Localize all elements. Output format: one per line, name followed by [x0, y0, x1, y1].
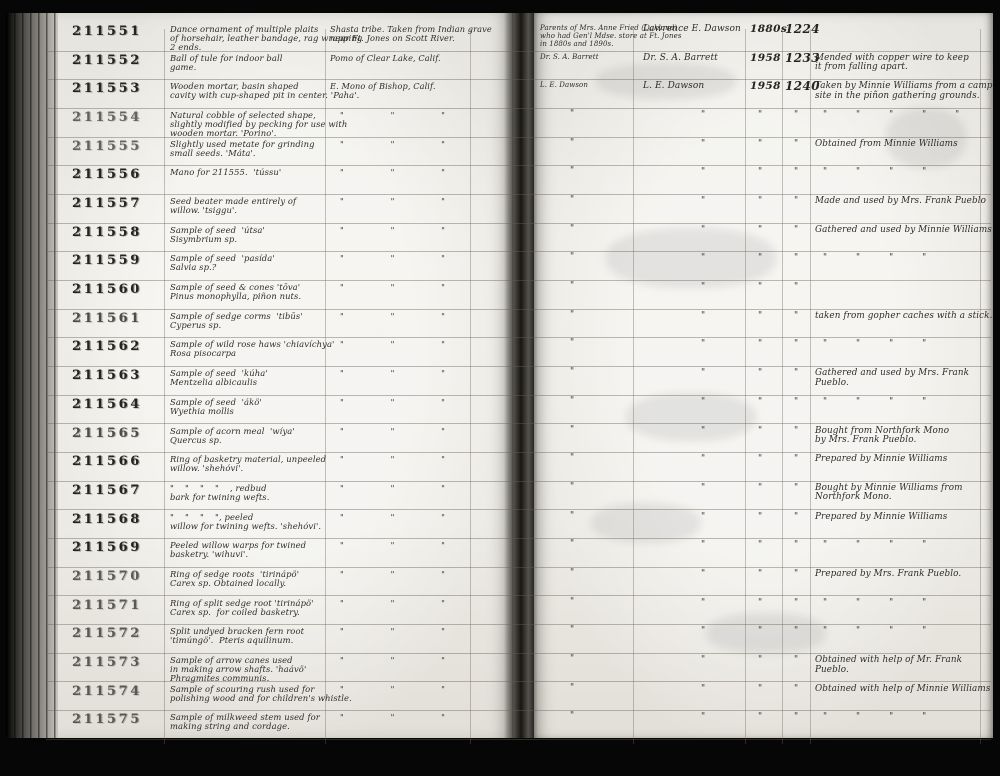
- ruled-line: [46, 280, 991, 281]
- remarks-cell: " " " ": [815, 398, 987, 408]
- ruled-line: [46, 337, 991, 338]
- date-cell: 1880s: [750, 25, 784, 34]
- description-cell: Ball of tule for indoor ball game.: [170, 54, 326, 72]
- accession-number-cell: ": [785, 283, 817, 292]
- date-cell: ": [750, 685, 784, 694]
- collector-cell: ": [643, 627, 743, 636]
- description-cell: Ring of basketry material, unpeeled will…: [170, 455, 326, 473]
- collector-cell: ": [643, 140, 743, 149]
- accession-number-cell: ": [785, 570, 817, 579]
- accession-number-cell: ": [785, 226, 817, 235]
- ledger-row: 211554Natural cobble of selected shape, …: [6, 111, 987, 139]
- accession-number-cell: ": [785, 599, 817, 608]
- description-cell: Sample of seed 'kúha' Mentzelia albicaul…: [170, 369, 326, 387]
- collector-cell: ": [643, 513, 743, 522]
- tribe-locality-cell: " " ": [330, 656, 472, 665]
- ledger-row: 211569Peeled willow warps for twined bas…: [6, 541, 987, 569]
- date-cell: ": [750, 627, 784, 636]
- tribe-locality-cell: " " ": [330, 340, 472, 349]
- catalog-number: 211553: [72, 82, 168, 96]
- ruled-line: [46, 366, 991, 367]
- description-cell: Sample of seed 'pasída' Salvia sp.?: [170, 254, 326, 272]
- collector-cell: ": [643, 455, 743, 464]
- tribe-locality-cell: " " ": [330, 427, 472, 436]
- accession-number-cell: 1233: [785, 54, 817, 63]
- remarks-cell: taken from gopher caches with a stick.: [815, 312, 987, 322]
- ruled-line: [46, 595, 991, 596]
- remarks-cell: Prepared by Mrs. Frank Pueblo.: [815, 570, 987, 580]
- date-cell: ": [750, 398, 784, 407]
- ruled-line: [46, 423, 991, 424]
- collector-cell: ": [643, 656, 743, 665]
- collector-cell: Dr. S. A. Barrett: [643, 54, 743, 63]
- ledger-row: 211555Slightly used metate for grinding …: [6, 140, 987, 168]
- collector-cell: ": [643, 340, 743, 349]
- tribe-locality-cell: " " ": [330, 685, 472, 694]
- remarks-cell: Obtained from Minnie Williams: [815, 140, 987, 150]
- ledger-row: 211568" " " ", peeled willow for twining…: [6, 513, 987, 541]
- remarks-cell: " " " ": [815, 713, 987, 723]
- collector-cell: ": [643, 197, 743, 206]
- description-cell: Split undyed bracken fern root 'timúngö'…: [170, 627, 326, 645]
- collector-cell: ": [643, 685, 743, 694]
- donor-cell: ": [540, 713, 636, 721]
- ledger-row: 211552Ball of tule for indoor ball game.…: [6, 54, 987, 82]
- description-cell: Sample of seed 'ákö' Wyethia mollis: [170, 398, 326, 416]
- collector-cell: ": [643, 570, 743, 579]
- catalog-number: 211574: [72, 685, 168, 699]
- catalog-number: 211572: [72, 627, 168, 641]
- ruled-line: [46, 309, 991, 310]
- donor-cell: ": [540, 111, 636, 119]
- tribe-locality-cell: " " ": [330, 369, 472, 378]
- remarks-cell: Prepared by Minnie Williams: [815, 455, 987, 465]
- ledger-row: 211574Sample of scouring rush used for p…: [6, 685, 987, 713]
- date-cell: ": [750, 283, 784, 292]
- remarks-cell: " " " ": [815, 254, 987, 264]
- ruled-line: [46, 194, 991, 195]
- catalog-number: 211573: [72, 656, 168, 670]
- remarks-cell: Gathered and used by Minnie Williams: [815, 226, 987, 236]
- accession-number-cell: ": [785, 398, 817, 407]
- ledger-row: 211564Sample of seed 'ákö' Wyethia molli…: [6, 398, 987, 426]
- collector-cell: ": [643, 713, 743, 722]
- accession-number-cell: ": [785, 713, 817, 722]
- ledger-row: 211551Dance ornament of multiple plaits …: [6, 25, 987, 53]
- ledger-row: 211573Sample of arrow canes used in maki…: [6, 656, 987, 684]
- ledger-row: 211556Mano for 211555. 'tússu'" " """"""…: [6, 168, 987, 196]
- collector-cell: ": [643, 541, 743, 550]
- catalog-number: 211561: [72, 312, 168, 326]
- donor-cell: ": [540, 455, 636, 463]
- donor-cell: ": [540, 656, 636, 664]
- description-cell: Sample of milkweed stem used for making …: [170, 713, 326, 731]
- tribe-locality-cell: " " ": [330, 627, 472, 636]
- ruled-line: [46, 567, 991, 568]
- collector-cell: ": [643, 111, 743, 120]
- accession-number-cell: 1224: [785, 25, 817, 34]
- donor-cell: L. E. Dawson: [540, 82, 636, 90]
- collector-cell: Lawrence E. Dawson: [643, 25, 743, 34]
- ledger-row: 211558Sample of seed 'útsa' Sisymbrium s…: [6, 226, 987, 254]
- date-cell: ": [750, 168, 784, 177]
- ruled-line: [46, 137, 991, 138]
- catalog-number: 211557: [72, 197, 168, 211]
- accession-number-cell: ": [785, 685, 817, 694]
- date-cell: ": [750, 197, 784, 206]
- date-cell: ": [750, 254, 784, 263]
- collector-cell: ": [643, 484, 743, 493]
- ruled-line: [46, 624, 991, 625]
- accession-number-cell: ": [785, 627, 817, 636]
- tribe-locality-cell: " " ": [330, 254, 472, 263]
- catalog-number: 211556: [72, 168, 168, 182]
- collector-cell: ": [643, 369, 743, 378]
- remarks-cell: " " " ": [815, 541, 987, 551]
- ledger-row: 211557Seed beater made entirely of willo…: [6, 197, 987, 225]
- description-cell: Peeled willow warps for twined basketry.…: [170, 541, 326, 559]
- ruled-line: [46, 165, 991, 166]
- donor-cell: ": [540, 398, 636, 406]
- catalog-number: 211567: [72, 484, 168, 498]
- date-cell: ": [750, 369, 784, 378]
- description-cell: Ring of split sedge root 'tirinápö' Care…: [170, 599, 326, 617]
- remarks-cell: " " " " ": [815, 111, 987, 121]
- catalog-number: 211565: [72, 427, 168, 441]
- donor-cell: ": [540, 541, 636, 549]
- ruled-line: [46, 223, 991, 224]
- collector-cell: ": [643, 283, 743, 292]
- ledger-row: 211565Sample of acorn meal 'wíya' Quercu…: [6, 427, 987, 455]
- catalog-number: 211570: [72, 570, 168, 584]
- collector-cell: ": [643, 599, 743, 608]
- remarks-cell: Gathered and used by Mrs. Frank Pueblo.: [815, 369, 987, 388]
- tribe-locality-cell: " " ": [330, 197, 472, 206]
- date-cell: ": [750, 455, 784, 464]
- date-cell: ": [750, 656, 784, 665]
- accession-number-cell: ": [785, 484, 817, 493]
- catalog-number: 211566: [72, 455, 168, 469]
- collector-cell: ": [643, 226, 743, 235]
- description-cell: Wooden mortar, basin shaped cavity with …: [170, 82, 326, 100]
- donor-cell: ": [540, 283, 636, 291]
- remarks-cell: Obtained with help of Mr. Frank Pueblo.: [815, 656, 987, 675]
- tribe-locality-cell: " " ": [330, 541, 472, 550]
- ledger-row: 211570Ring of sedge roots 'tirinápö' Car…: [6, 570, 987, 598]
- catalog-number: 211562: [72, 340, 168, 354]
- accession-number-cell: ": [785, 254, 817, 263]
- tribe-locality-cell: E. Mono of Bishop, Calif.: [330, 82, 472, 91]
- tribe-locality-cell: " " ": [330, 283, 472, 292]
- accession-number-cell: ": [785, 513, 817, 522]
- ledger-row: 211553Wooden mortar, basin shaped cavity…: [6, 82, 987, 110]
- ruled-line: [46, 251, 991, 252]
- accession-number-cell: ": [785, 168, 817, 177]
- collector-cell: L. E. Dawson: [643, 82, 743, 91]
- remarks-cell: Obtained with help of Minnie Williams: [815, 685, 987, 695]
- accession-number-cell: ": [785, 111, 817, 120]
- accession-number-cell: 1240: [785, 82, 817, 91]
- donor-cell: ": [540, 312, 636, 320]
- date-cell: ": [750, 484, 784, 493]
- catalog-number: 211563: [72, 369, 168, 383]
- donor-cell: ": [540, 427, 636, 435]
- tribe-locality-cell: " " ": [330, 484, 472, 493]
- collector-cell: ": [643, 398, 743, 407]
- description-cell: " " " ", peeled willow for twining wefts…: [170, 513, 326, 531]
- accession-number-cell: ": [785, 369, 817, 378]
- donor-cell: ": [540, 340, 636, 348]
- catalog-number: 211555: [72, 140, 168, 154]
- catalog-number: 211569: [72, 541, 168, 555]
- accession-number-cell: ": [785, 541, 817, 550]
- collector-cell: ": [643, 254, 743, 263]
- date-cell: ": [750, 541, 784, 550]
- ruled-line: [46, 395, 991, 396]
- ledger-row: 211572Split undyed bracken fern root 'ti…: [6, 627, 987, 655]
- date-cell: 1958: [750, 82, 784, 91]
- donor-cell: ": [540, 513, 636, 521]
- date-cell: ": [750, 140, 784, 149]
- date-cell: ": [750, 111, 784, 120]
- ledger-row: 211566Ring of basketry material, unpeele…: [6, 455, 987, 483]
- catalog-number: 211564: [72, 398, 168, 412]
- remarks-cell: Mended with copper wire to keep it from …: [815, 54, 987, 73]
- ruled-line: [46, 509, 991, 510]
- tribe-locality-cell: " " ": [330, 513, 472, 522]
- remarks-cell: " " " ": [815, 599, 987, 609]
- tribe-locality-cell: " " ": [330, 226, 472, 235]
- collector-cell: ": [643, 427, 743, 436]
- ledger-row: 211563Sample of seed 'kúha' Mentzelia al…: [6, 369, 987, 397]
- accession-number-cell: ": [785, 312, 817, 321]
- ruled-line: [46, 481, 991, 482]
- description-cell: Sample of arrow canes used in making arr…: [170, 656, 326, 683]
- tribe-locality-cell: " " ": [330, 168, 472, 177]
- accession-number-cell: ": [785, 427, 817, 436]
- donor-cell: ": [540, 168, 636, 176]
- ruled-line: [46, 51, 991, 52]
- tribe-locality-cell: " " ": [330, 111, 472, 120]
- ledger-row: 211560Sample of seed & cones 'tōva' Pinu…: [6, 283, 987, 311]
- ruled-line: [46, 452, 991, 453]
- description-cell: Sample of seed & cones 'tōva' Pinus mono…: [170, 283, 326, 301]
- ledger-row: 211567" " " " , redbud bark for twining …: [6, 484, 987, 512]
- tribe-locality-cell: Shasta tribe. Taken from Indian grave ne…: [330, 25, 472, 43]
- catalog-number: 211552: [72, 54, 168, 68]
- date-cell: ": [750, 713, 784, 722]
- description-cell: Slightly used metate for grinding small …: [170, 140, 326, 158]
- ledger-row: 211571Ring of split sedge root 'tirinápö…: [6, 599, 987, 627]
- tribe-locality-cell: " " ": [330, 312, 472, 321]
- ruled-line: [46, 108, 991, 109]
- accession-number-cell: ": [785, 197, 817, 206]
- tribe-locality-cell: " " ": [330, 599, 472, 608]
- date-cell: ": [750, 312, 784, 321]
- ledger-spread: 211551Dance ornament of multiple plaits …: [6, 13, 987, 738]
- accession-number-cell: ": [785, 656, 817, 665]
- catalog-number: 211551: [72, 25, 168, 39]
- date-cell: 1958: [750, 54, 784, 63]
- donor-cell: ": [540, 627, 636, 635]
- description-cell: Mano for 211555. 'tússu': [170, 168, 326, 177]
- catalog-number: 211571: [72, 599, 168, 613]
- ledger-row: 211575Sample of milkweed stem used for m…: [6, 713, 987, 741]
- description-cell: Sample of seed 'útsa' Sisymbrium sp.: [170, 226, 326, 244]
- donor-cell: ": [540, 197, 636, 205]
- date-cell: ": [750, 570, 784, 579]
- tribe-locality-cell: " " ": [330, 140, 472, 149]
- description-cell: Dance ornament of multiple plaits of hor…: [170, 25, 326, 52]
- tribe-locality-cell: " " ": [330, 455, 472, 464]
- remarks-cell: Bought from Northfork Mono by Mrs. Frank…: [815, 427, 987, 446]
- ruled-line: [46, 710, 991, 711]
- catalog-number: 211558: [72, 226, 168, 240]
- ledger-row: 211559Sample of seed 'pasída' Salvia sp.…: [6, 254, 987, 282]
- ruled-line: [46, 79, 991, 80]
- accession-number-cell: ": [785, 455, 817, 464]
- donor-cell: ": [540, 369, 636, 377]
- date-cell: ": [750, 599, 784, 608]
- remarks-cell: Made and used by Mrs. Frank Pueblo: [815, 197, 987, 207]
- ledger-row: 211562Sample of wild rose haws 'chiavích…: [6, 340, 987, 368]
- remarks-cell: Prepared by Minnie Williams: [815, 513, 987, 523]
- ruled-line: [46, 653, 991, 654]
- tribe-locality-cell: " " ": [330, 398, 472, 407]
- description-cell: Sample of acorn meal 'wíya' Quercus sp.: [170, 427, 326, 445]
- donor-cell: Dr. S. A. Barrett: [540, 54, 636, 62]
- donor-cell: ": [540, 570, 636, 578]
- donor-cell: ": [540, 484, 636, 492]
- tribe-locality-cell: Pomo of Clear Lake, Calif.: [330, 54, 472, 63]
- remarks-cell: Taken by Minnie Williams from a camp sit…: [815, 82, 987, 101]
- tribe-locality-cell: " " ": [330, 713, 472, 722]
- donor-cell: ": [540, 226, 636, 234]
- date-cell: ": [750, 513, 784, 522]
- donor-cell: ": [540, 685, 636, 693]
- remarks-cell: Bought by Minnie Williams from Northfork…: [815, 484, 987, 503]
- donor-cell: Parents of Mrs. Anne Fried (Oakland) who…: [540, 25, 636, 48]
- description-cell: Sample of scouring rush used for polishi…: [170, 685, 326, 703]
- description-cell: Sample of wild rose haws 'chiavíchya' Ro…: [170, 340, 326, 358]
- collector-cell: ": [643, 312, 743, 321]
- donor-cell: ": [540, 140, 636, 148]
- catalog-number: 211559: [72, 254, 168, 268]
- accession-number-cell: ": [785, 340, 817, 349]
- donor-cell: ": [540, 254, 636, 262]
- catalog-number: 211554: [72, 111, 168, 125]
- description-cell: Ring of sedge roots 'tirinápö' Carex sp.…: [170, 570, 326, 588]
- description-cell: Seed beater made entirely of willow. 'ts…: [170, 197, 326, 215]
- date-cell: ": [750, 340, 784, 349]
- ruled-line: [46, 681, 991, 682]
- remarks-cell: " " " ": [815, 627, 987, 637]
- catalog-number: 211575: [72, 713, 168, 727]
- accession-number-cell: ": [785, 140, 817, 149]
- ruled-line: [46, 739, 991, 740]
- description-cell: Natural cobble of selected shape, slight…: [170, 111, 326, 138]
- date-cell: ": [750, 226, 784, 235]
- description-cell: Sample of sedge corms 'tibūs' Cyperus sp…: [170, 312, 326, 330]
- remarks-cell: " " " ": [815, 168, 987, 178]
- description-cell: " " " " , redbud bark for twining wefts.: [170, 484, 326, 502]
- collector-cell: ": [643, 168, 743, 177]
- ruled-line: [46, 538, 991, 539]
- tribe-locality-cell: " " ": [330, 570, 472, 579]
- catalog-number: 211568: [72, 513, 168, 527]
- remarks-cell: " " " ": [815, 340, 987, 350]
- catalog-number: 211560: [72, 283, 168, 297]
- donor-cell: ": [540, 599, 636, 607]
- ledger-row: 211561Sample of sedge corms 'tibūs' Cype…: [6, 312, 987, 340]
- date-cell: ": [750, 427, 784, 436]
